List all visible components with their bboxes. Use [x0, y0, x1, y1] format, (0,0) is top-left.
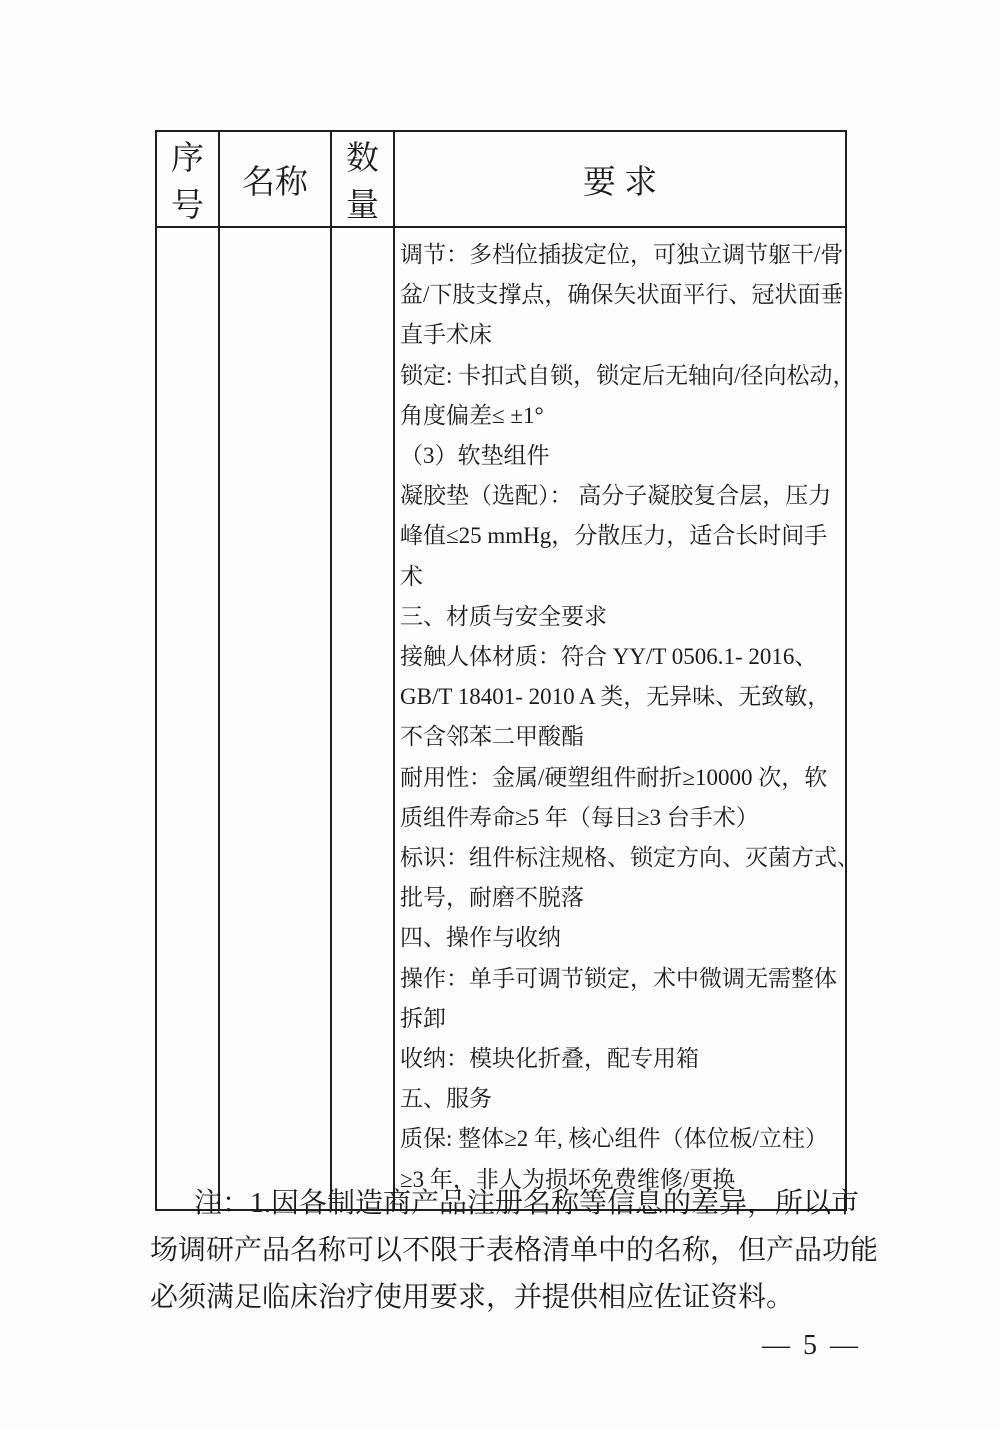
requirement-line: 质组件寿命≥5 年（每日≥3 台手术）: [400, 798, 843, 838]
table-row: 调节：多档位插拔定位，可独立调节躯干/骨盆/下肢支撑点，确保矢状面平行、冠状面垂…: [156, 227, 846, 1210]
requirement-line: 标识：组件标注规格、锁定方向、灭菌方式、: [400, 838, 843, 878]
requirement-line: 三、材质与安全要求: [400, 597, 843, 637]
document-page: 序号 名称 数量 要 求 调节：多档位插拔定位，可独立调节躯干/骨盆/下肢支撑点…: [0, 0, 1000, 1429]
requirements-table: 序号 名称 数量 要 求 调节：多档位插拔定位，可独立调节躯干/骨盆/下肢支撑点…: [155, 130, 847, 1211]
requirement-line: 批号，耐磨不脱落: [400, 878, 843, 918]
requirement-line: 四、操作与收纳: [400, 918, 843, 958]
requirement-line: 直手术床: [400, 315, 843, 355]
quantity-cell: [331, 227, 394, 1210]
requirement-line: 术: [400, 557, 843, 597]
requirement-line: 耐用性：金属/硬塑组件耐折≥10000 次，软: [400, 758, 843, 798]
header-cell-requirement: 要 求: [394, 131, 846, 227]
requirement-line: （3）软垫组件: [400, 436, 843, 476]
header-cell-quantity: 数量: [331, 131, 394, 227]
requirement-line: 调节：多档位插拔定位，可独立调节躯干/骨: [400, 235, 843, 275]
requirement-line: 不含邻苯二甲酸酯: [400, 717, 843, 757]
requirement-line: 峰值≤25 mmHg，分散压力，适合长时间手: [400, 516, 843, 556]
requirement-line: 锁定: 卡扣式自锁，锁定后无轴向/径向松动，: [400, 356, 843, 396]
serial-cell: [156, 227, 219, 1210]
requirement-line: 盆/下肢支撑点，确保矢状面平行、冠状面垂: [400, 275, 843, 315]
requirement-line: 操作：单手可调节锁定，术中微调无需整体: [400, 959, 843, 999]
name-cell: [219, 227, 331, 1210]
table-header-row: 序号 名称 数量 要 求: [156, 131, 846, 227]
footnote-line: 必须满足临床治疗使用要求，并提供相应佐证资料。: [150, 1274, 880, 1321]
requirement-line: 五、服务: [400, 1079, 843, 1119]
footnote-line: 场调研产品名称可以不限于表格清单中的名称，但产品功能: [150, 1227, 880, 1274]
page-number: — 5 —: [762, 1330, 861, 1362]
requirement-line: 收纳：模块化折叠，配专用箱: [400, 1039, 843, 1079]
requirement-line: GB/T 18401- 2010 A 类，无异味、无致敏，: [400, 677, 843, 717]
requirement-line: 角度偏差≤ ±1°: [400, 396, 843, 436]
requirement-line: 凝胶垫（选配）： 高分子凝胶复合层，压力: [400, 476, 843, 516]
header-cell-serial: 序号: [156, 131, 219, 227]
requirement-line: 接触人体材质：符合 YY/T 0506.1- 2016、: [400, 637, 843, 677]
requirement-line: 拆卸: [400, 999, 843, 1039]
footnote-line: 注：1.因各制造商产品注册名称等信息的差异，所以市: [150, 1180, 880, 1227]
requirement-line: 质保: 整体≥2 年, 核心组件（体位板/立柱）: [400, 1119, 843, 1159]
header-cell-name: 名称: [219, 131, 331, 227]
requirement-cell: 调节：多档位插拔定位，可独立调节躯干/骨盆/下肢支撑点，确保矢状面平行、冠状面垂…: [394, 227, 846, 1210]
footnote: 注：1.因各制造商产品注册名称等信息的差异，所以市场调研产品名称可以不限于表格清…: [150, 1180, 880, 1321]
